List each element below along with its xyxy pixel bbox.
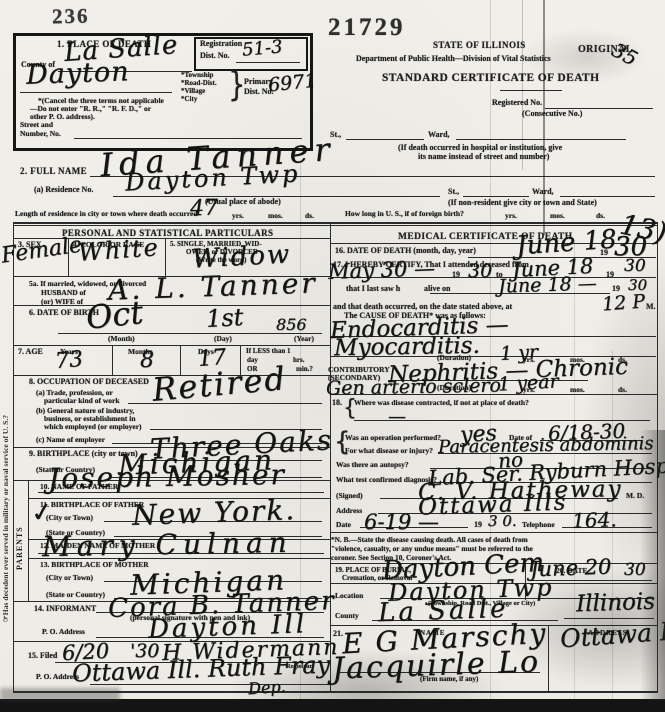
foreign-label: How long in U. S., if of foreign birth? [345,210,464,218]
duration-2-ds: ds. [618,386,627,394]
occ-c: (c) Name of employer [36,436,105,444]
less-label-3: hrs. [293,357,304,365]
consecutive-label: (Consecutive No.) [522,110,582,119]
mother-bp-city-label: (City or Town) [46,574,93,582]
personal-title: PERSONAL AND STATISTICAL PARTICULARS [62,228,273,238]
q18-blank-value: — [388,406,406,427]
foreign-ds: ds. [596,212,605,220]
attended-to-year: 30 [624,256,646,276]
corner-scribble: 35 [608,37,642,70]
occupation-label: 8. OCCUPATION OF DECEASED [29,378,149,387]
nb-note-1: *N. B.—State the disease causing death. … [331,536,528,544]
divider [112,345,113,375]
divider [330,222,331,692]
q18-label: Where was disease contracted, if not at … [354,399,529,407]
attended-from-value: May 30 — [328,256,436,284]
informant-po-label: P. O. Address [42,628,85,636]
age-label: 7. AGE [18,348,43,357]
res-ward-label: Ward, [532,188,554,197]
death-certificate-scan: 236 21729 35 STATE OF ILLINOIS ORIGINAL … [0,0,665,712]
signed-label: (Signed) [336,492,363,500]
dob-year-value: 856 [276,315,307,334]
less-label-5: min.? [296,366,313,374]
injury-value: Paracentesis abdominis [438,433,654,458]
check-mark: ✓ [29,497,55,530]
spouse-label-3: (or) WIFE of [41,298,83,306]
divider [346,139,424,140]
injury-label: For what disease or injury? [345,447,433,455]
date-19: 19 [474,521,482,530]
occ-a-2: particular kind of work [44,397,120,405]
location-label: Location [335,592,363,600]
occurred-time-value: 12 P [601,291,645,316]
address-label: Address [336,507,362,515]
margin-military-note: ☞Has decedent ever served in military or… [1,232,10,622]
year-label: (Year) [294,335,314,343]
cause-2-value: Myocarditis. [334,333,480,362]
dist-no-label: Dist. No. [200,52,230,61]
state-heading: STATE OF ILLINOIS [433,40,526,50]
operation-label: Was an operation performed? [345,434,441,442]
res-st-label: St., [448,188,459,197]
day-label: (Day) [214,335,232,343]
dob-month-value: Oct [84,293,145,337]
foreign-yrs: yrs. [505,212,517,220]
registered-no-label: Registered No. [492,99,542,108]
to-19: 19 [606,271,614,280]
nonresident-note: (If non-resident give city or town and S… [448,199,597,208]
from-19: 19 [452,271,460,280]
len-mos: mos. [268,212,283,220]
term-city: *City [181,96,197,104]
telephone-value: 164. [572,507,617,533]
township-value: Dayton [25,56,130,91]
mother-value: Mary Culnan [42,526,293,563]
mother-bp-state-label: (State or Country) [46,591,105,599]
divider [500,90,562,91]
department-line: Department of Public Health—Division of … [356,55,551,64]
full-name-label: 2. FULL NAME [20,166,87,176]
deputy-note: Dep. [247,677,286,699]
filed-po-value: Ottawa Ill. Ruth Fray [72,651,331,688]
md-label: M. D. [626,492,644,500]
street-label-2: Number, No. [20,130,61,138]
certificate-number: 21729 [328,14,406,42]
age-months-value: 8 [140,348,154,373]
divider [13,691,658,693]
date-label: Date [336,521,351,529]
terms-brace: } [228,66,245,104]
m-label: M. [646,303,656,312]
certificate-title: STANDARD CERTIFICATE OF DEATH [382,72,599,85]
filed-label: 15. Filed [28,652,57,661]
ward-label: Ward, [428,131,450,140]
telephone-label: Telephone [522,521,555,529]
burial-county-label: County [335,612,359,620]
lastsaw-label-2: alive on [424,285,450,294]
len-ds: ds. [305,212,314,220]
lastsaw-label-1: that I last saw h [346,285,400,294]
contributory-duration-value: 1 year [497,370,559,395]
informant-label: 14. INFORMANT [34,605,96,614]
q18-number: 18. [332,399,342,408]
duration-2-mos: mos. [570,386,585,394]
dob-day-value: 1st [205,303,244,333]
parents-label: PARENTS [15,492,24,570]
registration-label: Registration [200,40,242,49]
divider [13,222,14,692]
occupation-value: Retired [151,359,289,409]
less-label-1: If LESS than 1 [246,348,291,356]
contributory-2-value: Gen arterio sclero [326,374,501,399]
burial-state-value: Illinois [576,589,656,618]
signed-date-year: 3 0. [488,512,517,530]
length-residence-label: Length of residence in city or town wher… [15,210,198,218]
divider [13,222,658,224]
page-number: 236 [52,5,90,29]
signed-date-value: 6-19 — [364,510,439,534]
residence-label: (a) Residence No. [34,186,93,195]
dod-label: 16. DATE OF DEATH (month, day, year) [335,247,476,256]
month-label: (Month) [108,335,135,343]
divider [165,238,166,276]
undertaker-signature-2: Jacquirle Lo [331,644,540,686]
race-value: White [77,233,160,267]
divider [13,225,658,226]
autopsy-label: Was there an autopsy? [336,461,409,469]
father-bp-label: 11. BIRTHPLACE OF FATHER [40,501,144,509]
foreign-mos: mos. [550,212,565,220]
divider [456,139,626,140]
undertaker-address-value: Ottawa Ill [559,616,665,654]
attended-from-year: 30 [468,260,492,282]
dist-no-value: 51-3 [241,36,283,60]
len-yrs: yrs. [232,212,244,220]
lastsaw-date-value: June 18 — [498,272,597,297]
hospital-note-2: its name instead of street and number) [418,153,549,162]
burial-year-value: 30 [624,560,646,580]
father-value: Joseph Mosher [48,458,286,495]
scan-edge-bottom [0,699,665,712]
occ-b-3: which employed (or employer) [44,423,142,431]
age-years-value: 73 [54,347,84,374]
length-residence-value: 47 [190,196,219,222]
divider [548,625,549,691]
